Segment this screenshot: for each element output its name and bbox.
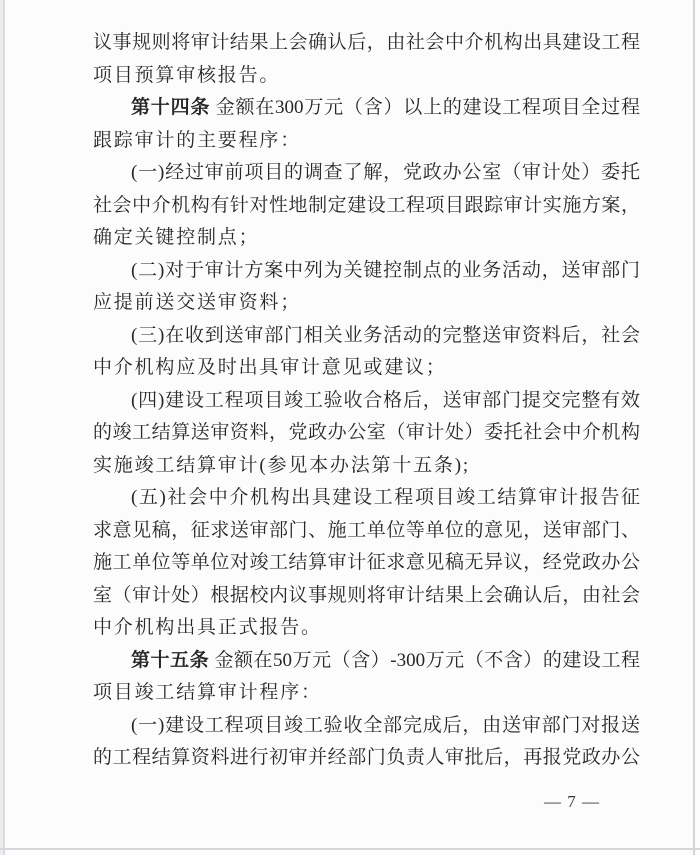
text-line: 应提前送交送审资料； <box>93 287 640 320</box>
text-line: (四)建设工程项目竣工验收合格后，送审部门提交完整有效 <box>93 385 640 418</box>
text-line: 实施竣工结算审计(参见本办法第十五条); <box>93 450 640 483</box>
scan-edge-right-line <box>693 0 695 855</box>
text-line: 跟踪审计的主要程序： <box>93 125 640 158</box>
text-line: 议事规则将审计结果上会确认后，由社会中介机构出具建设工程 <box>93 27 640 60</box>
text-line: 施工单位等单位对竣工结算审计征求意见稿无异议，经党政办公 <box>93 547 640 580</box>
text-line: 社会中介机构有针对性地制定建设工程项目跟踪审计实施方案， <box>93 190 640 223</box>
section-heading: 第十五条 <box>131 650 209 671</box>
text-line: (二)对于审计方案中列为关键控制点的业务活动，送审部门 <box>93 255 640 288</box>
text-line: 求意见稿，征求送审部门、施工单位等单位的意见，送审部门、 <box>93 515 640 548</box>
text-line: 的竣工结算送审资料，党政办公室（审计处）委托社会中介机构 <box>93 417 640 450</box>
page-number: — 7 — <box>544 792 600 812</box>
text-line: (一)建设工程项目竣工验收全部完成后，由送审部门对报送 <box>93 710 640 743</box>
text-line: 项目竣工结算审计程序： <box>93 677 640 710</box>
scanned-document-page: 议事规则将审计结果上会确认后，由社会中介机构出具建设工程项目预算审核报告。第十四… <box>0 0 700 855</box>
text-line: 确定关键控制点； <box>93 222 640 255</box>
text-line: 中介机构出具正式报告。 <box>93 612 640 645</box>
text-line: 室（审计处）根据校内议事规则将审计结果上会确认后，由社会 <box>93 580 640 613</box>
text-line: 第十五条 金额在50万元（含）-300万元（不含）的建设工程 <box>93 645 640 678</box>
text-line: 项目预算审核报告。 <box>93 60 640 93</box>
text-line: 中介机构应及时出具审计意见或建议； <box>93 352 640 385</box>
text-line: 的工程结算资料进行初审并经部门负责人审批后，再报党政办公 <box>93 742 640 775</box>
scan-edge-left-line <box>3 0 5 855</box>
section-heading: 第十四条 <box>131 97 210 118</box>
document-body: 议事规则将审计结果上会确认后，由社会中介机构出具建设工程项目预算审核报告。第十四… <box>93 27 640 775</box>
scan-edge-bottom-line <box>0 848 700 850</box>
text-line: (五)社会中介机构出具建设工程项目竣工结算审计报告征 <box>93 482 640 515</box>
text-line: 第十四条 金额在300万元（含）以上的建设工程项目全过程 <box>93 92 640 125</box>
text-line: (一)经过审前项目的调查了解，党政办公室（审计处）委托 <box>93 157 640 190</box>
text-line: (三)在收到送审部门相关业务活动的完整送审资料后，社会 <box>93 320 640 353</box>
